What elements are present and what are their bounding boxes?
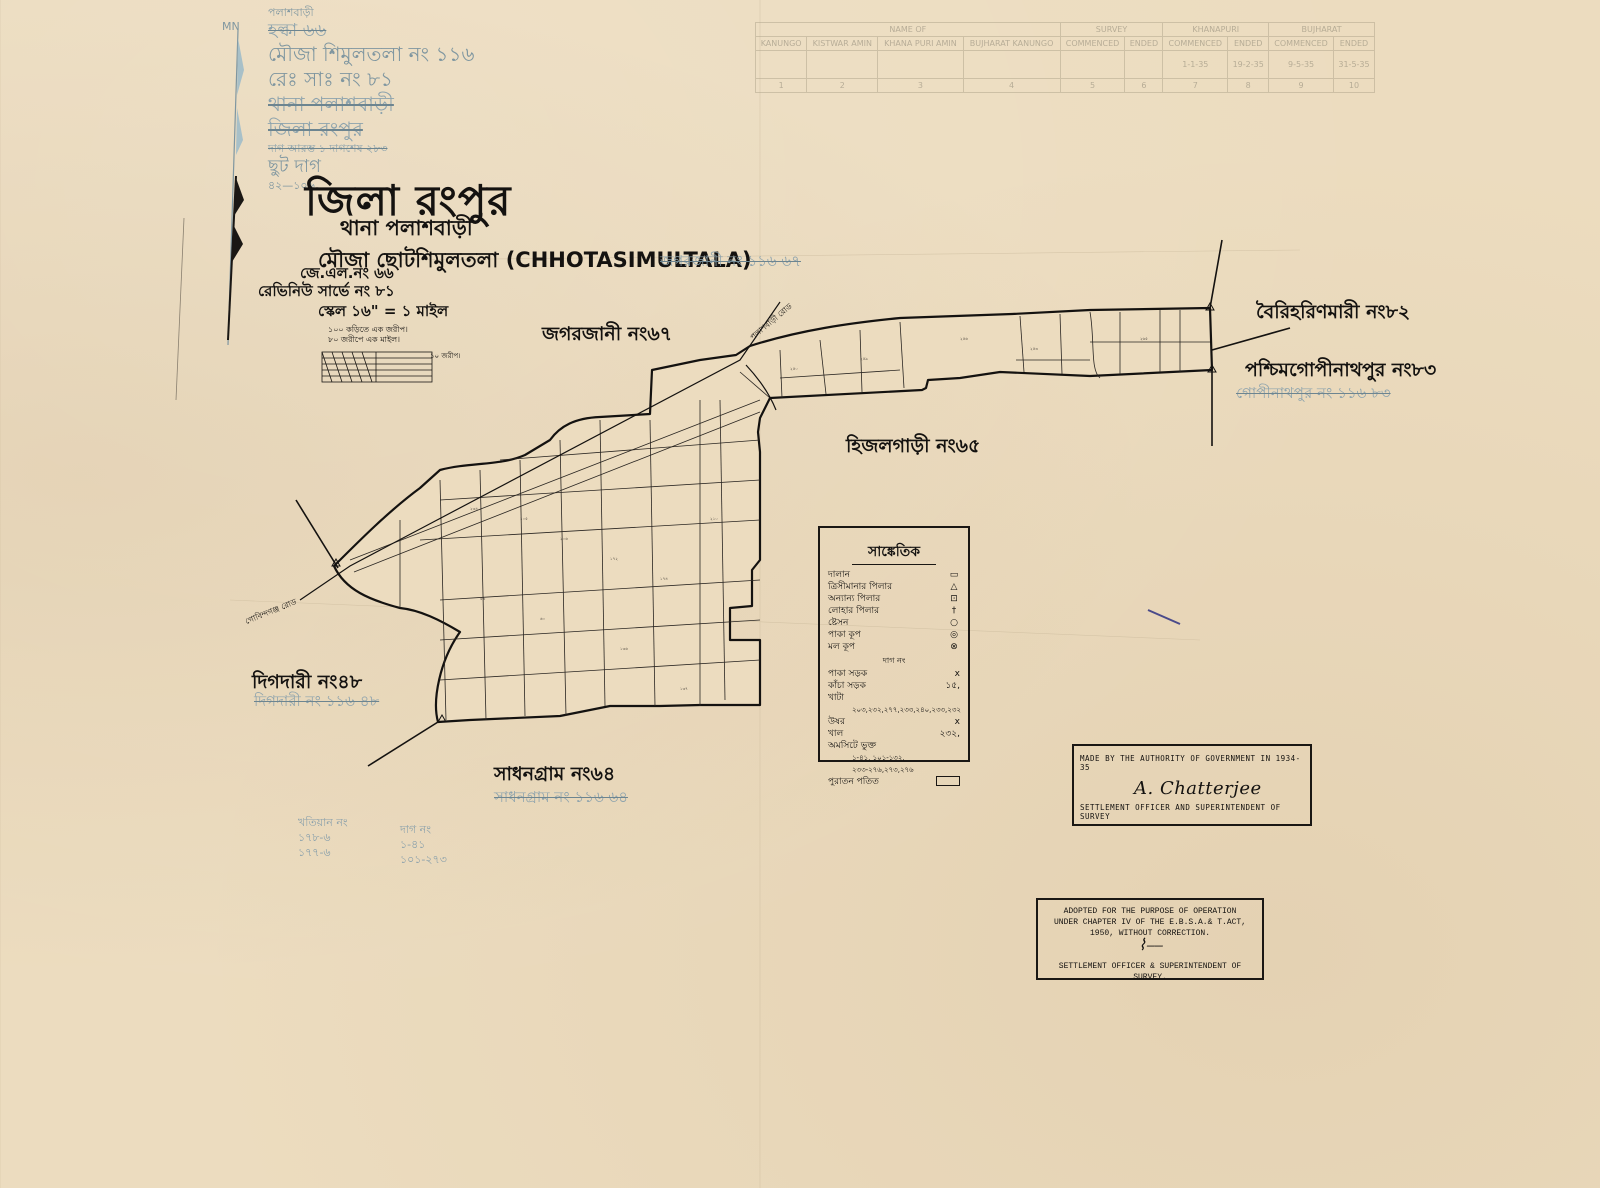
north-label: MN: [222, 20, 240, 33]
svg-text:২৩৪: ২৩৪: [470, 506, 478, 511]
legend-label: দালান: [828, 569, 850, 581]
dag-notes: দাগ নং ১-৪১ ১০১-২৭৩: [400, 822, 447, 867]
legend-dag-item: খাল২৩২,: [828, 728, 960, 740]
khatian-row: ১৭৮-৬: [298, 830, 348, 845]
register-index: 2: [807, 79, 878, 93]
scale-note: ৮০ জরীপে এক মাইল।: [328, 334, 400, 347]
khatian-notes: খতিয়ান নং ১৭৮-৬ ১৭৭-৬: [298, 815, 348, 860]
register-group-header: KHANAPURI: [1163, 23, 1269, 37]
svg-text:২৫৩: ২৫৩: [1030, 346, 1038, 351]
register-cell: [878, 51, 963, 79]
legend-item: লোহার পিলার†: [828, 605, 960, 617]
legend-label: মল কূপ: [828, 641, 855, 653]
register-col: COMMENCED: [1060, 37, 1125, 51]
legend-box: সাঙ্কেতিক দালান▭ ত্রিসীমানার পিলার△ অন্য…: [818, 526, 970, 762]
legend-label: ষ্টেসন: [828, 617, 848, 629]
svg-text:২৫৬: ২৫৬: [960, 336, 968, 341]
register-index: 3: [878, 79, 963, 93]
note-line: পলাশবাড়ী: [268, 6, 475, 20]
station-icon: ○: [948, 617, 960, 629]
dag-row: ১-৪১: [400, 837, 447, 852]
legend-label: খাটা: [828, 692, 844, 704]
legend-label: অন্যান্য পিলার: [828, 593, 880, 605]
old-fallow-symbol: [936, 776, 960, 786]
certification-box-1950: ADOPTED FOR THE PURPOSE OF OPERATION UND…: [1036, 898, 1264, 980]
certification-box-1934: MADE BY THE AUTHORITY OF GOVERNMENT IN 1…: [1072, 744, 1312, 826]
legend-value: ১-৪১, ১০১-১৩২, ২৩৩-২৭৬,২৭৩,২৭৬: [852, 752, 960, 776]
svg-text:২৬৫: ২৬৫: [1140, 336, 1148, 341]
legend-item: ষ্টেসন○: [828, 617, 960, 629]
cert-line: SETTLEMENT OFFICER & SUPERINTENDENT OF: [1042, 961, 1258, 972]
svg-text:১৭২: ১৭২: [610, 556, 618, 561]
original-faded-notes: পলাশবাড়ী হল্কা ৬৬ মৌজা শিমুলতলা নং ১১৬ …: [268, 6, 475, 192]
legend-item: মল কূপ⊗: [828, 641, 960, 653]
register-index: 10: [1333, 79, 1374, 93]
note-line: থানা পলাশবাড়ী: [268, 92, 475, 117]
legend-dag-item: অমসিটে ভুক্ত: [828, 740, 960, 752]
register-group-header: BUJHARAT: [1269, 23, 1375, 37]
register-index: 5: [1060, 79, 1125, 93]
title-thana: থানা পলাশবাড়ী: [340, 212, 473, 247]
register-cell: [963, 51, 1060, 79]
scale-bar-end-label: ১০ জরীপ।: [430, 350, 461, 362]
svg-text:১০৫: ১০৫: [520, 516, 528, 521]
register-index: 1: [756, 79, 807, 93]
pucca-well-icon: ◎: [948, 629, 960, 641]
legend-item: ত্রিসীমানার পিলার△: [828, 581, 960, 593]
neighbor-jagarjani: জগরজানী নং৬৭: [542, 320, 672, 352]
legend-label: পাকা কূপ: [828, 629, 861, 641]
trijunction-pillar-icon: △: [948, 581, 960, 593]
register-index: 8: [1228, 79, 1269, 93]
register-group-header: NAME OF: [756, 23, 1061, 37]
note-line: রেঃ সাঃ নং ৮১: [268, 67, 475, 92]
legend-label: পুরাতন পতিত: [828, 776, 879, 788]
svg-text:৫৬: ৫৬: [480, 596, 486, 601]
register-cell: [1060, 51, 1125, 79]
legend-dag-item: পুরাতন পতিত: [828, 776, 960, 788]
register-cell: [1125, 51, 1163, 79]
legend-label: ত্রিসীমানার পিলার: [828, 581, 892, 593]
khatian-row: ১৭৭-৬: [298, 845, 348, 860]
note-line: জিলা রংপুর: [268, 117, 475, 142]
register-col: ENDED: [1125, 37, 1163, 51]
register-cell: [756, 51, 807, 79]
survey-register-table: NAME OF SURVEY KHANAPURI BUJHARAT KANUNG…: [755, 22, 1375, 97]
svg-text:২৫০: ২৫০: [790, 366, 798, 371]
kutcha-well-icon: ⊗: [948, 641, 960, 653]
svg-text:১৭৪: ১৭৪: [660, 576, 668, 581]
legend-label: কাঁচা সড়ক: [828, 680, 866, 692]
note-line: হল্কা ৬৬: [268, 20, 475, 43]
svg-text:১৩৬: ১৩৬: [620, 646, 628, 651]
legend-dag-item: উষরx: [828, 716, 960, 728]
neighbor-jagarjani-faded: জগরজানী নং ১১৬ ৬৭: [660, 250, 801, 275]
khatian-header: খতিয়ান নং: [298, 815, 348, 830]
register-col: COMMENCED: [1163, 37, 1228, 51]
legend-value: x: [955, 716, 960, 728]
north-arrow-icon: [176, 30, 244, 400]
cert-line: SURVEY.: [1042, 972, 1258, 983]
svg-text:২০৬: ২০৬: [560, 536, 568, 541]
register-index: 7: [1163, 79, 1228, 93]
register-index: 6: [1125, 79, 1163, 93]
legend-item: অন্যান্য পিলার⊡: [828, 593, 960, 605]
register-col: KHANA PURI AMIN: [878, 37, 963, 51]
signature: A. Chatterjee: [1134, 778, 1304, 799]
legend-label: পাকা সড়ক: [828, 668, 867, 680]
scale-bar: [322, 352, 432, 382]
title-scale: স্কেল ১৬" = ১ মাইল: [318, 300, 448, 325]
signature: ⌇⎯⎯: [1042, 939, 1258, 961]
cert-line: ADOPTED FOR THE PURPOSE OF OPERATION: [1042, 906, 1258, 917]
neighbor-hijalgari: হিজলগাড়ী নং৬৫: [846, 432, 980, 464]
legend-label: উষর: [828, 716, 845, 728]
cert-line: UNDER CHAPTER IV OF THE E.B.S.A.& T.ACT,: [1042, 917, 1258, 928]
register-cell: 1-1-35: [1163, 51, 1228, 79]
register-index: 9: [1269, 79, 1334, 93]
building-icon: ▭: [948, 569, 960, 581]
register-cell: 31-5-35: [1333, 51, 1374, 79]
register-group-header: SURVEY: [1060, 23, 1163, 37]
note-line: দাগ আরম্ভ ১ দাগশেষ ২৮৩: [268, 142, 475, 156]
note-line: মৌজা শিমুলতলা নং ১১৬: [268, 42, 475, 67]
legend-dag-item: পাকা সড়কx: [828, 668, 960, 680]
register-col: COMMENCED: [1269, 37, 1334, 51]
legend-value: ২০৩,২৩২,২৭৭,২৩৩,২৪০,২৩৩,২৩২: [852, 704, 960, 716]
svg-text:৬০: ৬০: [540, 616, 546, 621]
neighbor-gopinathpur-faded: গোপীনাথপুর নং ১১৬ ৮৩: [1236, 382, 1391, 407]
ink-stroke: [1148, 610, 1180, 624]
neighbor-boirihorinmari: বৈরিহরিণমারী নং৮২: [1256, 298, 1410, 330]
legend-dag-item: কাঁচা সড়ক১৫,: [828, 680, 960, 692]
svg-text:১৩৭: ১৩৭: [680, 686, 688, 691]
svg-text:২৫৯: ২৫৯: [860, 356, 868, 361]
neighbor-digdari-faded: দিগদারী নং ১১৬ ৪৮: [254, 690, 379, 715]
register-col: ENDED: [1228, 37, 1269, 51]
register-col: BUJHARAT KANUNGO: [963, 37, 1060, 51]
legend-item: দালান▭: [828, 569, 960, 581]
register-col: KISTWAR AMIN: [807, 37, 878, 51]
legend-value: ২৩২,: [940, 728, 960, 740]
legend-label: লোহার পিলার: [828, 605, 879, 617]
register-col: ENDED: [1333, 37, 1374, 51]
register-cell: [807, 51, 878, 79]
register-cell: 19-2-35: [1228, 51, 1269, 79]
iron-pillar-icon: †: [948, 605, 960, 617]
cert-line: MADE BY THE AUTHORITY OF GOVERNMENT IN 1…: [1080, 754, 1304, 772]
legend-title: সাঙ্কেতিক: [852, 540, 936, 565]
legend-label: খাল: [828, 728, 843, 740]
legend-label: অমসিটে ভুক্ত: [828, 740, 876, 752]
dag-header: দাগ নং: [400, 822, 447, 837]
neighbor-sadhangram-faded: সাধনগ্রাম নং ১১৬ ৬৪: [494, 786, 628, 811]
legend-value: ১৫,: [945, 680, 960, 692]
register-col: KANUNGO: [756, 37, 807, 51]
register-index: 4: [963, 79, 1060, 93]
legend-item: পাকা কূপ◎: [828, 629, 960, 641]
cert-line: SETTLEMENT OFFICER AND SUPERINTENDENT OF…: [1080, 803, 1304, 821]
dag-row: ১০১-২৭৩: [400, 852, 447, 867]
map-drawing: ২৩৪১০৫২০৬ ১৭২১৭৪২১০ ৫৬৬০১৩৬ ১৩৭২৫০২৫৯ ২৫…: [0, 0, 1600, 1188]
legend-dag-item: খাটা: [828, 692, 960, 704]
legend-value: x: [955, 668, 960, 680]
register-cell: 9-5-35: [1269, 51, 1334, 79]
legend-dag-header: দাগ নং: [828, 655, 960, 668]
svg-text:২১০: ২১০: [710, 516, 718, 521]
other-pillar-icon: ⊡: [948, 593, 960, 605]
